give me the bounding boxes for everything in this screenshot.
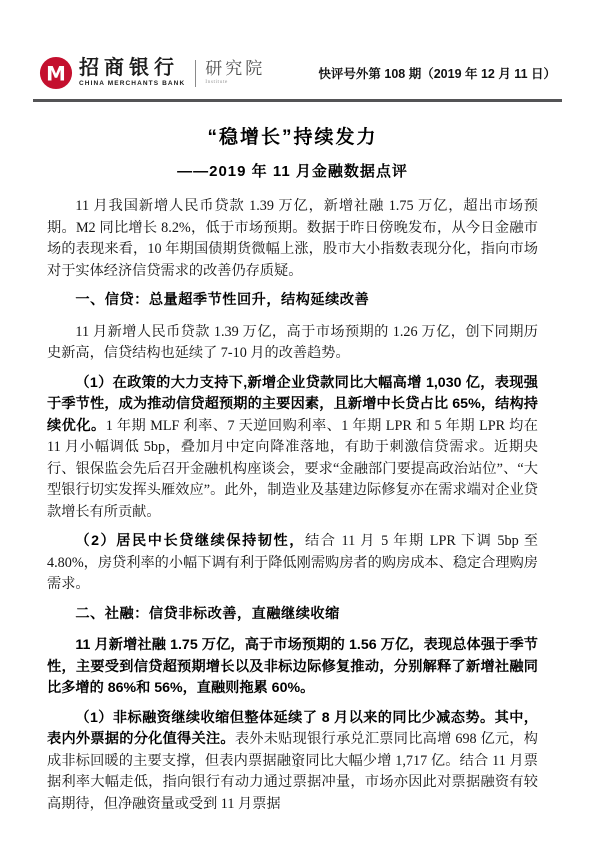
bold-text-run: 11 月新增社融 1.75 万亿，高于市场预期的 1.56 万亿，表现总体强于季…: [47, 637, 538, 696]
section-heading: 一、信贷：总量超季节性回升，结构延续改善: [47, 290, 538, 312]
page-number: 1: [0, 758, 595, 770]
cmb-logo-mark-icon: M: [39, 56, 73, 90]
bold-text-run: 一、信贷：总量超季节性回升，结构延续改善: [75, 292, 369, 308]
logo-letter: M: [46, 63, 66, 86]
dept-name: 研究院: [205, 60, 265, 77]
page-header: M 招商银行 CHINA MERCHANTS BANK 研究院 Institut…: [33, 56, 562, 102]
document-subtitle: ——2019 年 11 月金融数据点评: [47, 160, 538, 181]
text-run: 1 年期 MLF 利率、7 天逆回购利率、1 年期 LPR 和 5 年期 LPR…: [47, 418, 538, 520]
document-body: 11 月我国新增人民币贷款 1.39 万亿，新增社融 1.75 万亿，超出市场预…: [47, 196, 538, 815]
paragraph: 11 月新增社融 1.75 万亿，高于市场预期的 1.56 万亿，表现总体强于季…: [47, 635, 538, 700]
dept-subtitle: Institute: [205, 80, 265, 86]
paragraph: （2）居民中长贷继续保持韧性，结合 11 月 5 年期 LPR 下调 5bp 至…: [47, 531, 538, 596]
bank-name-en: CHINA MERCHANTS BANK: [79, 81, 185, 88]
paragraph: 11 月我国新增人民币贷款 1.39 万亿，新增社融 1.75 万亿，超出市场预…: [47, 196, 538, 282]
text-run: 11 月新增人民币贷款 1.39 万亿，高于市场预期的 1.26 万亿，创下同期…: [47, 324, 538, 362]
bold-text-run: （2）居民中长贷继续保持韧性，: [75, 533, 305, 549]
header-rule: [33, 99, 562, 102]
logo-divider: [195, 60, 196, 87]
bold-text-run: 二、社融：信贷非标改善，直融继续收缩: [75, 606, 339, 622]
document-page: M 招商银行 CHINA MERCHANTS BANK 研究院 Institut…: [0, 0, 595, 842]
paragraph: （1）在政策的大力支持下,新增企业贷款同比大幅高增 1,030 亿，表现强于季节…: [47, 373, 538, 524]
issue-info: 快评号外第 108 期（2019 年 12 月 11 日）: [318, 64, 556, 82]
bank-name-block: 招商银行 CHINA MERCHANTS BANK: [79, 58, 185, 88]
document-content: “稳增长”持续发力 ——2019 年 11 月金融数据点评 11 月我国新增人民…: [47, 118, 538, 823]
dept-block: 研究院 Institute: [205, 60, 265, 86]
text-run: 11 月我国新增人民币贷款 1.39 万亿，新增社融 1.75 万亿，超出市场预…: [47, 198, 538, 279]
paragraph: 11 月新增人民币贷款 1.39 万亿，高于市场预期的 1.26 万亿，创下同期…: [47, 322, 538, 365]
bank-name-cn: 招商银行: [79, 58, 185, 78]
section-heading: 二、社融：信贷非标改善，直融继续收缩: [47, 604, 538, 626]
cmb-logo: M 招商银行 CHINA MERCHANTS BANK 研究院 Institut…: [39, 56, 265, 90]
document-title: “稳增长”持续发力: [47, 122, 538, 149]
